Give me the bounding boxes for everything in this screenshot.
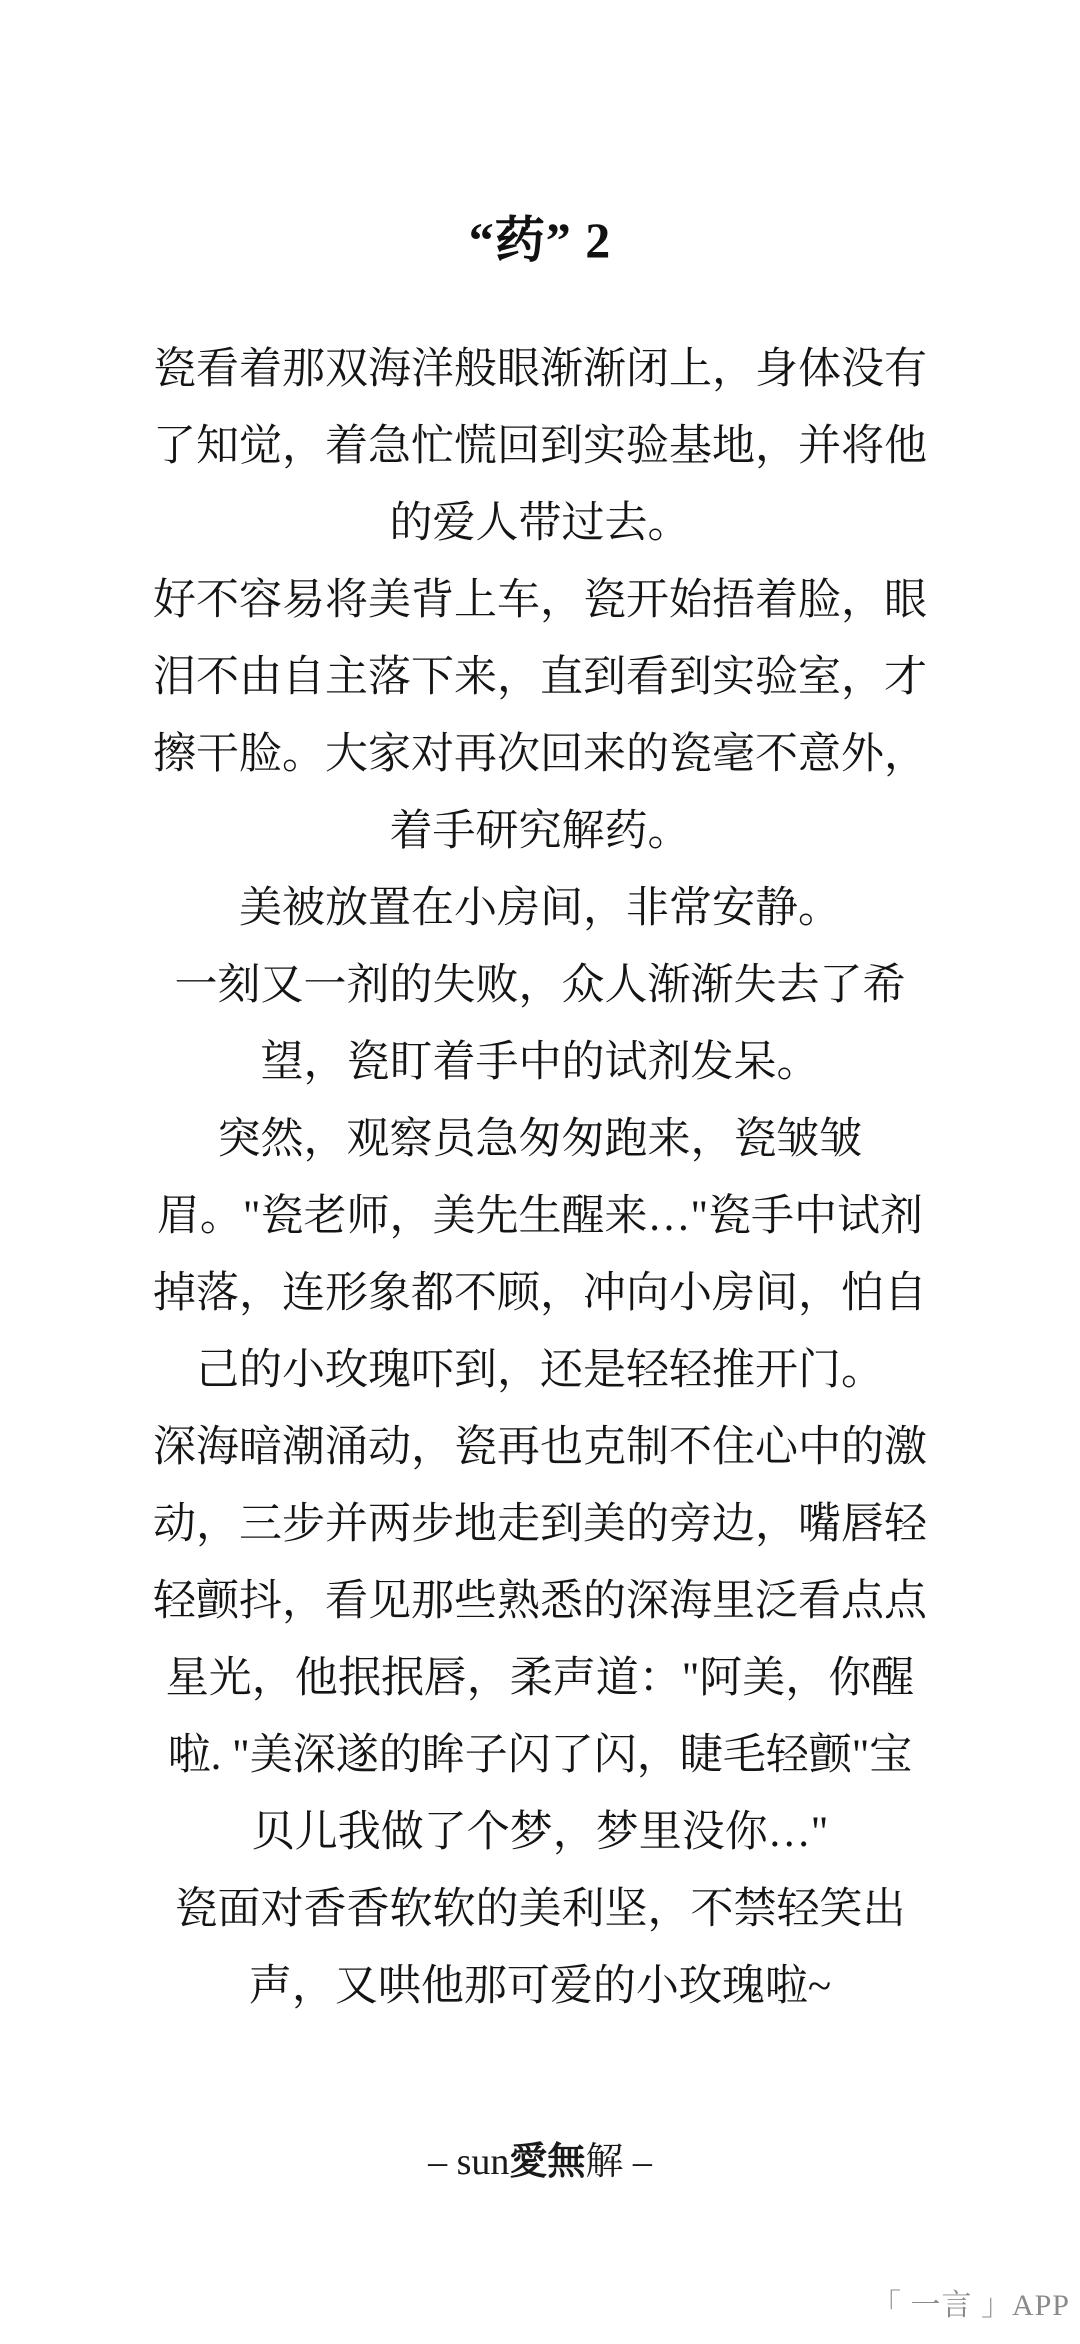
story-line: 深海暗潮涌动，瓷再也克制不住心中的激: [100, 1409, 980, 1486]
story-line: 突然，观察员急匆匆跑来，瓷皱皱: [100, 1101, 980, 1178]
attribution-prefix: – sun: [428, 2141, 509, 2183]
story-line: 好不容易将美背上车，瓷开始捂着脸，眼: [100, 562, 980, 639]
story-line: 的爱人带过去。: [100, 485, 980, 562]
attribution-author-fallback-glyphs: 愛無: [509, 2139, 585, 2183]
story-line: 星光，他抿抿唇，柔声道："阿美，你醒: [100, 1640, 980, 1717]
story-text: 瓷看着那双海洋般眼渐渐闭上，身体没有 了知觉，着急忙慌回到实验基地，并将他 的爱…: [100, 331, 980, 2025]
story-line: 轻颤抖，看见那些熟悉的深海里泛看点点: [100, 1563, 980, 1640]
story-line: 动，三步并两步地走到美的旁边，嘴唇轻: [100, 1486, 980, 1563]
story-line: 掉落，连形象都不顾，冲向小房间，怕自: [100, 1255, 980, 1332]
story-line: 瓷面对香香软软的美利坚，不禁轻笑出: [100, 1871, 980, 1948]
story-line: 啦. "美深遂的眸子闪了闪，睫毛轻颤"宝: [100, 1717, 980, 1794]
story-line: 擦干脸。大家对再次回来的瓷毫不意外，: [100, 716, 980, 793]
author-attribution: – sun愛無解 –: [0, 2130, 1080, 2185]
story-line: 望，瓷盯着手中的试剂发呆。: [100, 1024, 980, 1101]
story-line: 眉。"瓷老师，美先生醒来…"瓷手中试剂: [100, 1178, 980, 1255]
page-title: “药” 2: [0, 200, 1080, 272]
story-line: 贝儿我做了个梦，梦里没你…": [100, 1794, 980, 1871]
story-line: 一刻又一剂的失败，众人渐渐失去了希: [100, 947, 980, 1024]
story-line: 瓷看着那双海洋般眼渐渐闭上，身体没有: [100, 331, 980, 408]
story-line: 泪不由自主落下来，直到看到实验室，才: [100, 639, 980, 716]
story-line: 着手研究解药。: [100, 793, 980, 870]
attribution-suffix: 解 –: [585, 2141, 652, 2183]
share-card-page: “药” 2 瓷看着那双海洋般眼渐渐闭上，身体没有 了知觉，着急忙慌回到实验基地，…: [0, 0, 1080, 2344]
hitokoto-app-watermark: 「 一言 」APP: [871, 2280, 1070, 2324]
story-line: 声，又哄他那可爱的小玫瑰啦~: [100, 1948, 980, 2025]
story-line: 美被放置在小房间，非常安静。: [100, 870, 980, 947]
story-line: 己的小玫瑰吓到，还是轻轻推开门。: [100, 1332, 980, 1409]
story-line: 了知觉，着急忙慌回到实验基地，并将他: [100, 408, 980, 485]
